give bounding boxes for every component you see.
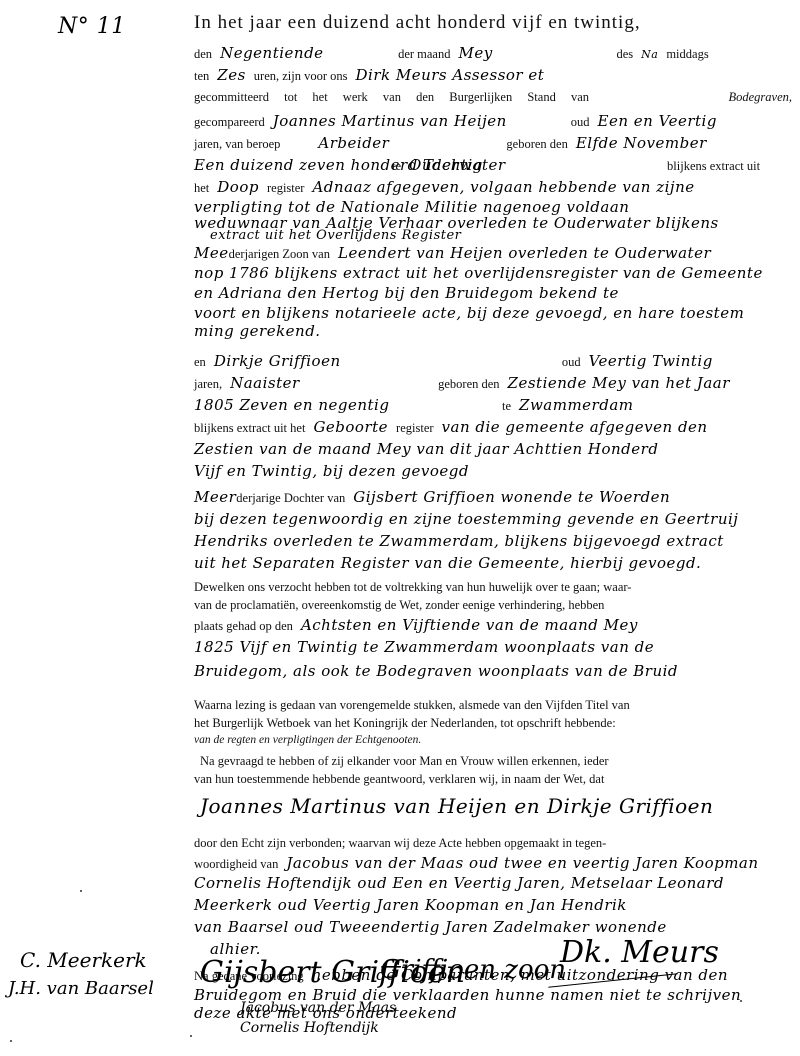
handwritten-bride-birthplace: Zwammerdam — [519, 396, 633, 414]
label-het: het — [194, 181, 209, 196]
handwritten-groom-name: Joannes Martinus van Heijen — [273, 112, 563, 130]
signature-official-meurs: Dk. Meurs — [560, 935, 719, 970]
signature-van-baarsel: J.H. van Baarsel — [8, 978, 154, 999]
handwritten-bride-father: Gijsbert Griffioen wonende te Woerden — [353, 488, 670, 506]
line-bride-parents: Meer derjarige Dochter van Gijsbert Grif… — [194, 488, 792, 506]
handwritten-groom-father: Leendert van Heijen overleden te Ouderwa… — [338, 244, 711, 262]
handwritten-hour: Zes — [217, 66, 246, 84]
label-zoon-van: derjarigen Zoon van — [229, 247, 330, 262]
margin-record-number: N° 11 — [58, 14, 126, 39]
scan-speck — [10, 1040, 12, 1042]
label-geboren-den: geboren den — [438, 377, 499, 392]
label-ten: ten — [194, 69, 209, 84]
handwritten-groom-father-4: voort en blijkens notarieele acte, bij d… — [194, 304, 792, 322]
handwritten-proclamation-dates-3: Bruidegom, als ook te Bodegraven woonpla… — [194, 662, 792, 680]
paragraph-witness-2: woordigheid van Jacobus van der Maas oud… — [194, 854, 792, 872]
signature-griffioen-zoon: Griffioen zoon — [380, 955, 566, 985]
line-groom: gecompareerd Joannes Martinus van Heijen… — [194, 112, 792, 130]
paragraph-witness-1: door den Echt zijn verbonden; waarvan wi… — [194, 836, 792, 851]
handwritten-proclamation-dates: Achtsten en Vijftiende van de maand Mey — [301, 616, 638, 634]
label-register: register — [267, 181, 304, 196]
handwritten-proclamation-dates-2: 1825 Vijf en Twintig te Zwammerdam woonp… — [194, 638, 792, 656]
text: van de regten en verpligtingen der Echtg… — [194, 734, 421, 746]
scan-speck — [190, 1035, 192, 1037]
handwritten-groom-birthplace: Ouderwater — [409, 156, 659, 174]
handwritten-groom-age: Een en Veertig — [598, 112, 717, 130]
handwritten-groom-extra-4: extract uit het Overlijdens Register — [210, 228, 800, 243]
label-jaren-beroep: jaren, van beroep — [194, 137, 280, 152]
text: Na gevraagd te hebben of zij elkander vo… — [200, 754, 609, 769]
handwritten-witnesses-4: van Baarsel oud Tweeendertig Jaren Zadel… — [194, 918, 792, 936]
handwritten-bride-profession: Naaister — [230, 374, 430, 392]
handwritten-bride-father-3: Hendriks overleden te Zwammerdam, blijke… — [194, 532, 792, 550]
handwritten-groom-birth: Elfde November — [576, 134, 707, 152]
label-middags: middags — [666, 47, 708, 62]
line-groom-register: het Doop register Adnaaz afgegeven, volg… — [194, 178, 792, 196]
handwritten-bride-age: Veertig Twintig — [589, 352, 713, 370]
handwritten-official: Dirk Meurs Assessor et — [356, 66, 545, 84]
text: Dewelken ons verzocht hebben tot de volt… — [194, 580, 631, 595]
handwritten-bride-name: Dirkje Griffioen — [214, 352, 554, 370]
handwritten-part-of-day: Na — [641, 48, 658, 61]
handwritten-bride-extra-2: Zestien van de maand Mey van dit jaar Ac… — [194, 440, 792, 458]
line-groom-birthplace: Een duizend zeven honderd Tachtig te Oud… — [194, 156, 792, 174]
handwritten-witnesses-3: Meerkerk oud Veertig Jaren Koopman en Ja… — [194, 896, 792, 914]
signature-hoftendijk: Cornelis Hoftendijk — [240, 1020, 379, 1036]
handwritten-bride-register: Geboorte — [313, 418, 388, 436]
place-bodegraven: Bodegraven, — [728, 90, 792, 105]
label-geboren-den: geboren den — [506, 137, 567, 152]
handwritten-groom-register: Doop — [217, 178, 259, 196]
text: plaats gehad op den — [194, 619, 293, 634]
text: Waarna lezing is gedaan van vorengemelde… — [194, 698, 630, 713]
paragraph-consent-2: van hun toestemmende hebbende geantwoord… — [194, 772, 792, 787]
label-uren: uren, zijn voor ons — [254, 69, 348, 84]
scan-speck — [80, 890, 82, 892]
text: van hun toestemmende hebbende geantwoord… — [194, 772, 604, 787]
line-groom-parents: Mee derjarigen Zoon van Leendert van Hei… — [194, 244, 792, 262]
line-official: ten Zes uren, zijn voor ons Dirk Meurs A… — [194, 66, 792, 84]
paragraph-proclamation-1: Dewelken ons verzocht hebben tot de volt… — [194, 580, 792, 595]
handwritten-groom-extra-1: Adnaaz afgegeven, volgaan hebbende van z… — [312, 178, 694, 196]
scan-speck — [740, 1000, 742, 1002]
line-date: den Negentiende der maand Mey des Na mid… — [194, 44, 792, 62]
label-blijkens-extract: blijkens extract uit — [667, 159, 760, 174]
handwritten-month: Mey — [458, 44, 608, 62]
label-te: te — [392, 159, 401, 174]
handwritten-bride-birth-year: 1805 Zeven en negentig — [194, 396, 494, 414]
paragraph-reading-2: het Burgerlijk Wetboek van het Koningrij… — [194, 716, 792, 731]
label-jaren: jaren, — [194, 377, 222, 392]
label-en: en — [194, 355, 206, 370]
text: door den Echt zijn verbonden; waarvan wi… — [194, 836, 606, 851]
label-register: register — [396, 421, 433, 436]
paragraph-consent-1: Na gevraagd te hebben of zij elkander vo… — [200, 754, 792, 769]
label-des: des — [616, 47, 633, 62]
label-der-maand: der maand — [398, 47, 450, 62]
signature-meerkerk: C. Meerkerk — [20, 948, 147, 972]
line-bride-register: blijkens extract uit het Geboorte regist… — [194, 418, 792, 436]
label-oud: oud — [571, 115, 590, 130]
handwritten-day: Negentiende — [220, 44, 390, 62]
label-dochter-van: derjarige Dochter van — [236, 491, 345, 506]
paragraph-proclamation-3: plaats gehad op den Achtsten en Vijftien… — [194, 616, 792, 634]
handwritten-witnesses-1: Jacobus van der Maas oud twee en veertig… — [286, 854, 758, 872]
record-title: In het jaar een duizend acht honderd vij… — [194, 12, 792, 34]
handwritten-bride-father-2: bij dezen tegenwoordig en zijne toestemm… — [194, 510, 792, 528]
handwritten-groom-majority: Mee — [194, 244, 229, 262]
line-groom-profession: jaren, van beroep Arbeider geboren den E… — [194, 134, 792, 152]
text: van de proclamatiën, overeenkomstig de W… — [194, 598, 604, 613]
handwritten-groom-father-3: en Adriana den Hertog bij den Bruidegom … — [194, 284, 792, 302]
paragraph-reading-1: Waarna lezing is gedaan van vorengemelde… — [194, 698, 792, 713]
handwritten-witnesses-2: Cornelis Hoftendijk oud Een en Veertig J… — [194, 874, 792, 892]
handwritten-couple-names: Joannes Martinus van Heijen en Dirkje Gr… — [200, 794, 798, 818]
handwritten-groom-father-2: nop 1786 blijkens extract uit het overli… — [194, 264, 792, 282]
text: het Burgerlijk Wetboek van het Koningrij… — [194, 716, 616, 731]
handwritten-bride-extra-3: Vijf en Twintig, bij dezen gevoegd — [194, 462, 792, 480]
handwritten-bride-father-4: uit het Separaten Register van die Gemee… — [194, 554, 792, 572]
label-gecommitteerd: gecommitteerd tot het werk van den Burge… — [194, 90, 589, 105]
title-text: In het jaar een duizend acht honderd vij… — [194, 12, 641, 34]
line-bride: en Dirkje Griffioen oud Veertig Twintig — [194, 352, 792, 370]
label-te: te — [502, 399, 511, 414]
handwritten-groom-birth-year: Een duizend zeven honderd Tachtig — [194, 156, 384, 174]
handwritten-groom-profession: Arbeider — [288, 134, 498, 152]
paragraph-reading-3: van de regten en verpligtingen der Echtg… — [194, 734, 792, 746]
text: woordigheid van — [194, 857, 278, 872]
paragraph-proclamation-2: van de proclamatiën, overeenkomstig de W… — [194, 598, 792, 613]
line-committee: gecommitteerd tot het werk van den Burge… — [194, 90, 792, 105]
signature-van-der-maas: Jacobus van der Maas — [240, 1000, 396, 1016]
label-den: den — [194, 47, 212, 62]
label-blijkens-extract: blijkens extract uit het — [194, 421, 305, 436]
label-oud: oud — [562, 355, 581, 370]
handwritten-bride-birth: Zestiende Mey van het Jaar — [508, 374, 730, 392]
handwritten-bride-extra-1: van die gemeente afgegeven den — [442, 418, 708, 436]
handwritten-bride-majority: Meer — [194, 488, 236, 506]
line-bride-birthplace: 1805 Zeven en negentig te Zwammerdam — [194, 396, 792, 414]
line-bride-profession: jaren, Naaister geboren den Zestiende Me… — [194, 374, 792, 392]
handwritten-groom-father-5: ming gerekend. — [194, 322, 792, 340]
label-gecompareerd: gecompareerd — [194, 115, 265, 130]
